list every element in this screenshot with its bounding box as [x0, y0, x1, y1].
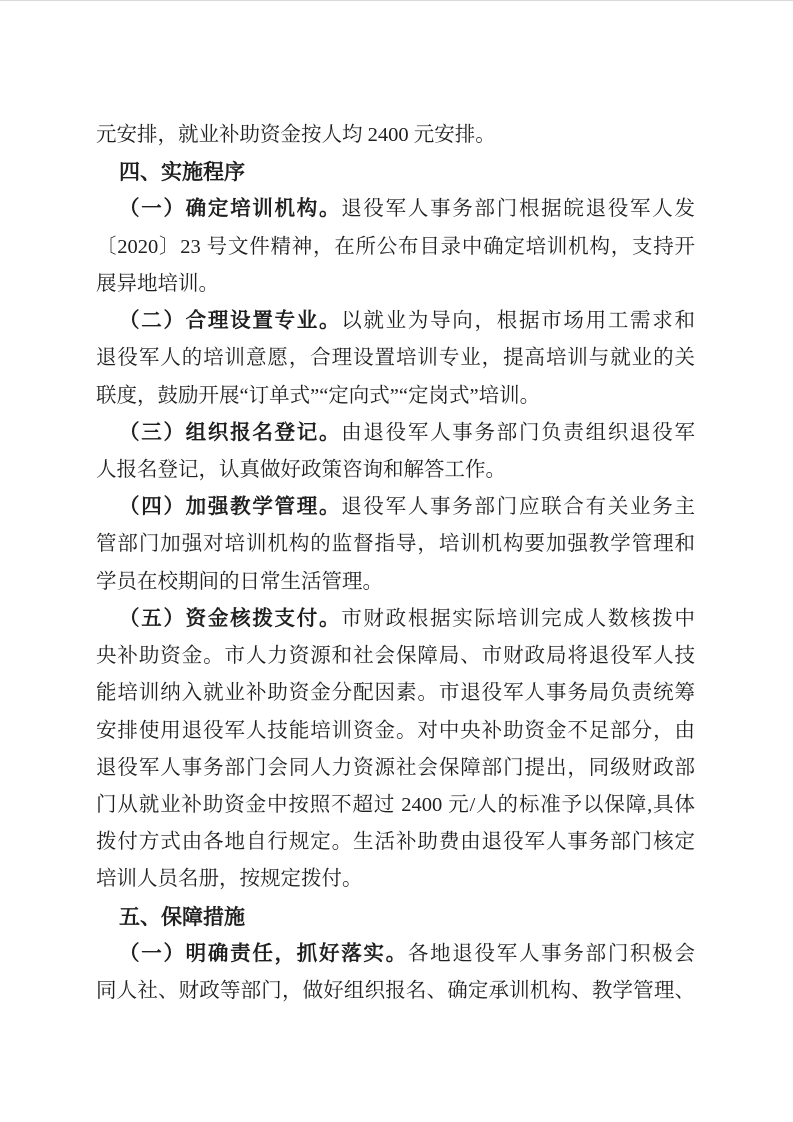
- line-text: 门从就业补助资金中按照不超过 2400 元/人的标准予以保障,具体: [96, 794, 695, 816]
- paragraph-lead: （四）加强教学管理。: [119, 496, 341, 518]
- line-text: 联度，鼓励开展“订单式”“定向式”“定岗式”培训。: [96, 385, 540, 407]
- document-line: 能培训纳入就业补助资金分配因素。市退役军人事务局负责统筹: [96, 675, 695, 712]
- document-line: （二）合理设置专业。以就业为导向，根据市场用工需求和: [96, 303, 695, 340]
- paragraph-lead: （一）确定培训机构。: [119, 198, 341, 220]
- document-line: （三）组织报名登记。由退役军人事务部门负责组织退役军: [96, 415, 695, 452]
- paragraph-lead: （五）资金核拨支付。: [119, 608, 341, 630]
- document-line: 展异地培训。: [96, 266, 695, 303]
- line-text: 学员在校期间的日常生活管理。: [96, 571, 383, 593]
- document-content: 元安排，就业补助资金按人均 2400 元安排。四、实施程序（一）确定培训机构。退…: [96, 117, 695, 1010]
- line-text: 同人社、财政等部门，做好组织报名、确定承训机构、教学管理、: [96, 980, 695, 1002]
- paragraph-lead: （三）组织报名登记。: [119, 422, 341, 444]
- document-line: （四）加强教学管理。退役军人事务部门应联合有关业务主: [96, 489, 695, 526]
- line-text: 退役军人事务部门应联合有关业务主: [341, 496, 695, 518]
- heading-text: 四、实施程序: [119, 161, 245, 184]
- line-text: 由退役军人事务部门负责组织退役军: [341, 422, 695, 444]
- line-text: 拨付方式由各地自行规定。生活补助费由退役军人事务部门核定: [96, 831, 695, 853]
- line-text: 以就业为导向，根据市场用工需求和: [341, 310, 695, 332]
- line-text: 能培训纳入就业补助资金分配因素。市退役军人事务局负责统筹: [96, 682, 695, 704]
- document-line: 安排使用退役军人技能培训资金。对中央补助资金不足部分，由: [96, 713, 695, 750]
- line-text: 元安排，就业补助资金按人均 2400 元安排。: [96, 124, 496, 146]
- document-line: （一）明确责任，抓好落实。各地退役军人事务部门积极会: [96, 936, 695, 973]
- document-line: 联度，鼓励开展“订单式”“定向式”“定岗式”培训。: [96, 378, 695, 415]
- paragraph-lead: （一）明确责任，抓好落实。: [119, 943, 408, 965]
- document-line: 培训人员名册，按规定拨付。: [96, 861, 695, 898]
- line-text: 培训人员名册，按规定拨付。: [96, 868, 363, 890]
- document-line: （五）资金核拨支付。市财政根据实际培训完成人数核拨中: [96, 601, 695, 638]
- line-text: 展异地培训。: [96, 273, 219, 295]
- line-text: 退役军人事务部门根据皖退役军人发: [341, 198, 695, 220]
- document-line: 门从就业补助资金中按照不超过 2400 元/人的标准予以保障,具体: [96, 787, 695, 824]
- document-line: 学员在校期间的日常生活管理。: [96, 564, 695, 601]
- line-text: 市财政根据实际培训完成人数核拨中: [341, 608, 695, 630]
- document-page: 元安排，就业补助资金按人均 2400 元安排。四、实施程序（一）确定培训机构。退…: [0, 0, 793, 1122]
- document-line: 同人社、财政等部门，做好组织报名、确定承训机构、教学管理、: [96, 973, 695, 1010]
- heading-text: 五、保障措施: [119, 906, 245, 929]
- line-text: 管部门加强对培训机构的监督指导，培训机构要加强教学管理和: [96, 533, 695, 555]
- section-heading: 四、实施程序: [96, 154, 695, 191]
- document-line: （一）确定培训机构。退役军人事务部门根据皖退役军人发: [96, 191, 695, 228]
- line-text: 〔2020〕23 号文件精神，在所公布目录中确定培训机构，支持开: [96, 236, 695, 258]
- document-line: 退役军人事务部门会同人力资源社会保障部门提出，同级财政部: [96, 750, 695, 787]
- document-line: 退役军人的培训意愿，合理设置培训专业，提高培训与就业的关: [96, 340, 695, 377]
- line-text: 退役军人的培训意愿，合理设置培训专业，提高培训与就业的关: [96, 347, 695, 369]
- document-line: 央补助资金。市人力资源和社会保障局、市财政局将退役军人技: [96, 638, 695, 675]
- paragraph-lead: （二）合理设置专业。: [119, 310, 341, 332]
- document-line: 元安排，就业补助资金按人均 2400 元安排。: [96, 117, 695, 154]
- document-line: 〔2020〕23 号文件精神，在所公布目录中确定培训机构，支持开: [96, 229, 695, 266]
- line-text: 央补助资金。市人力资源和社会保障局、市财政局将退役军人技: [96, 645, 695, 667]
- section-heading: 五、保障措施: [96, 899, 695, 936]
- document-line: 拨付方式由各地自行规定。生活补助费由退役军人事务部门核定: [96, 824, 695, 861]
- document-line: 管部门加强对培训机构的监督指导，培训机构要加强教学管理和: [96, 526, 695, 563]
- line-text: 人报名登记，认真做好政策咨询和解答工作。: [96, 459, 506, 481]
- line-text: 安排使用退役军人技能培训资金。对中央补助资金不足部分，由: [96, 720, 695, 742]
- line-text: 退役军人事务部门会同人力资源社会保障部门提出，同级财政部: [96, 757, 695, 779]
- line-text: 各地退役军人事务部门积极会: [408, 943, 695, 965]
- document-line: 人报名登记，认真做好政策咨询和解答工作。: [96, 452, 695, 489]
